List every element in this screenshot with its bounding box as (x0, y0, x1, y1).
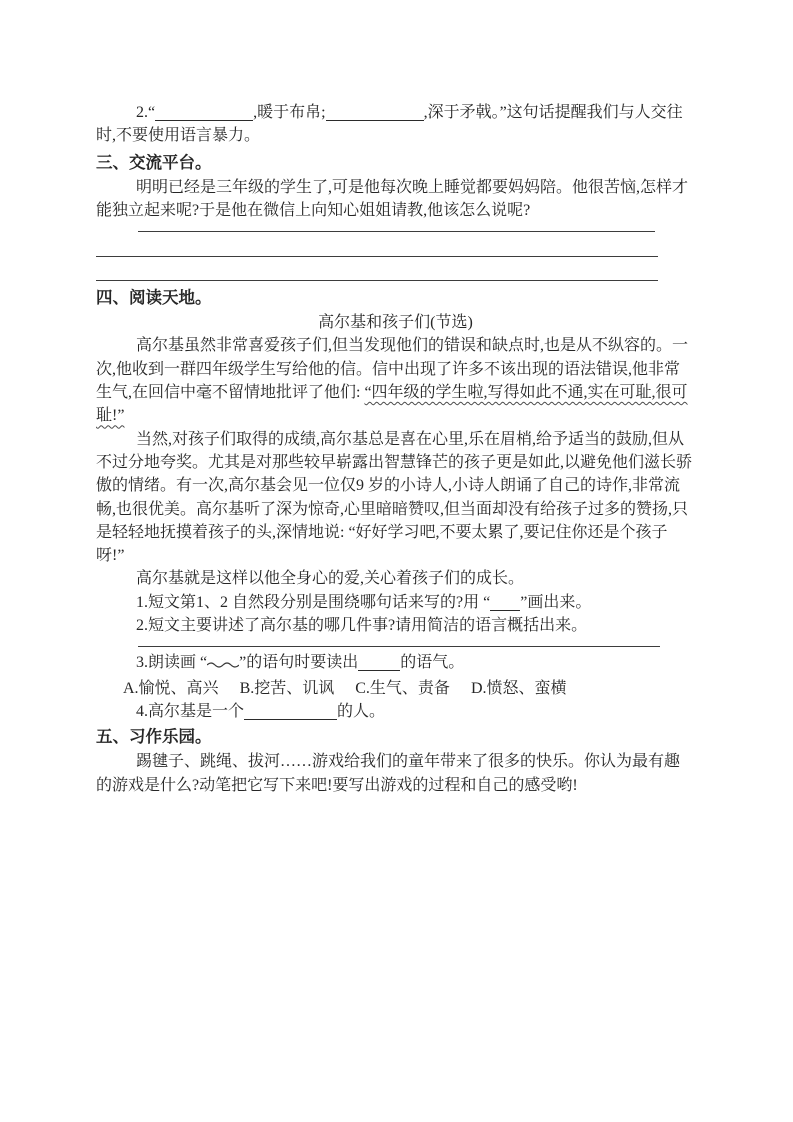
passage-para-3: 高尔基就是这样以他全身心的爱,关心着孩子们的成长。 (96, 567, 695, 590)
blank-line-2 (326, 115, 424, 121)
passage-title: 高尔基和孩子们(节选) (96, 311, 695, 334)
question-4-prefix: 4.高尔基是一个 (136, 703, 244, 720)
fill-question-2: 2.“,暖于布帛;,深于矛戟。”这句话提醒我们与人交往时,不要使用语言暴力。 (96, 101, 695, 148)
question-3-mid: ”的语句时要读出 (239, 654, 358, 671)
section-5-prompt: 踢毽子、跳绳、拔河……游戏给我们的童年带来了很多的快乐。你认为最有趣的游戏是什么… (96, 750, 695, 797)
question-3-blank (358, 665, 400, 671)
wavy-line-mark (207, 656, 239, 673)
section-3-prompt: 明明已经是三年级的学生了,可是他每次晚上睡觉都要妈妈陪。他很苦恼,怎样才能独立起… (96, 176, 695, 223)
option-b: B.挖苦、讥讽 (240, 680, 335, 697)
answer-line-1 (138, 222, 655, 232)
answer-line-2 (96, 232, 658, 257)
option-a: A.愉悦、高兴 (123, 680, 219, 697)
passage-para-1: 高尔基虽然非常喜爱孩子们,但当发现他们的错误和缺点时,也是从不纵容的。一次,他收… (96, 334, 695, 427)
section-3-heading: 三、交流平台。 (96, 151, 695, 176)
blank-line-1 (155, 115, 253, 121)
options-row: A.愉悦、高兴B.挖苦、讥讽C.生气、责备D.愤怒、蛮横 (123, 677, 695, 700)
question-1-suffix: ”画出来。 (520, 594, 591, 611)
fill-question-2-prefix: 2.“ (136, 104, 155, 121)
passage-para-2: 当然,对孩子们取得的成绩,高尔基总是喜在心里,乐在眉梢,给予适当的鼓励,但从不过… (96, 428, 695, 568)
answer-line-3 (96, 257, 658, 281)
question-3-prefix: 3.朗读画 “ (136, 654, 207, 671)
section-5-heading: 五、习作乐园。 (96, 725, 695, 750)
question-2-answer-line (138, 637, 660, 647)
question-4: 4.高尔基是一个的人。 (136, 700, 695, 723)
question-2: 2.短文主要讲述了高尔基的哪几件事?请用简洁的语言概括出来。 (136, 614, 695, 637)
question-1-prefix: 1.短文第1、2 自然段分别是围绕哪句话来写的?用 “ (136, 594, 490, 611)
question-4-suffix: 的人。 (337, 703, 385, 720)
section-4-heading: 四、阅读天地。 (96, 286, 695, 311)
question-3: 3.朗读画 “”的语句时要读出的语气。 (136, 651, 695, 676)
fill-question-2-mid: ,暖于布帛; (253, 104, 325, 121)
option-c: C.生气、责备 (355, 680, 450, 697)
question-3-suffix: 的语气。 (400, 654, 464, 671)
question-4-blank (244, 714, 337, 720)
question-1-blank (490, 605, 520, 611)
question-1: 1.短文第1、2 自然段分别是围绕哪句话来写的?用 “”画出来。 (136, 591, 695, 614)
fill-question-2-suffix: ,深于矛戟。”这句话提醒我们与人交往时,不要使用语言暴力。 (96, 104, 683, 144)
worksheet-page: 2.“,暖于布帛;,深于矛戟。”这句话提醒我们与人交往时,不要使用语言暴力。 三… (0, 0, 793, 1122)
option-d: D.愤怒、蛮横 (471, 680, 567, 697)
